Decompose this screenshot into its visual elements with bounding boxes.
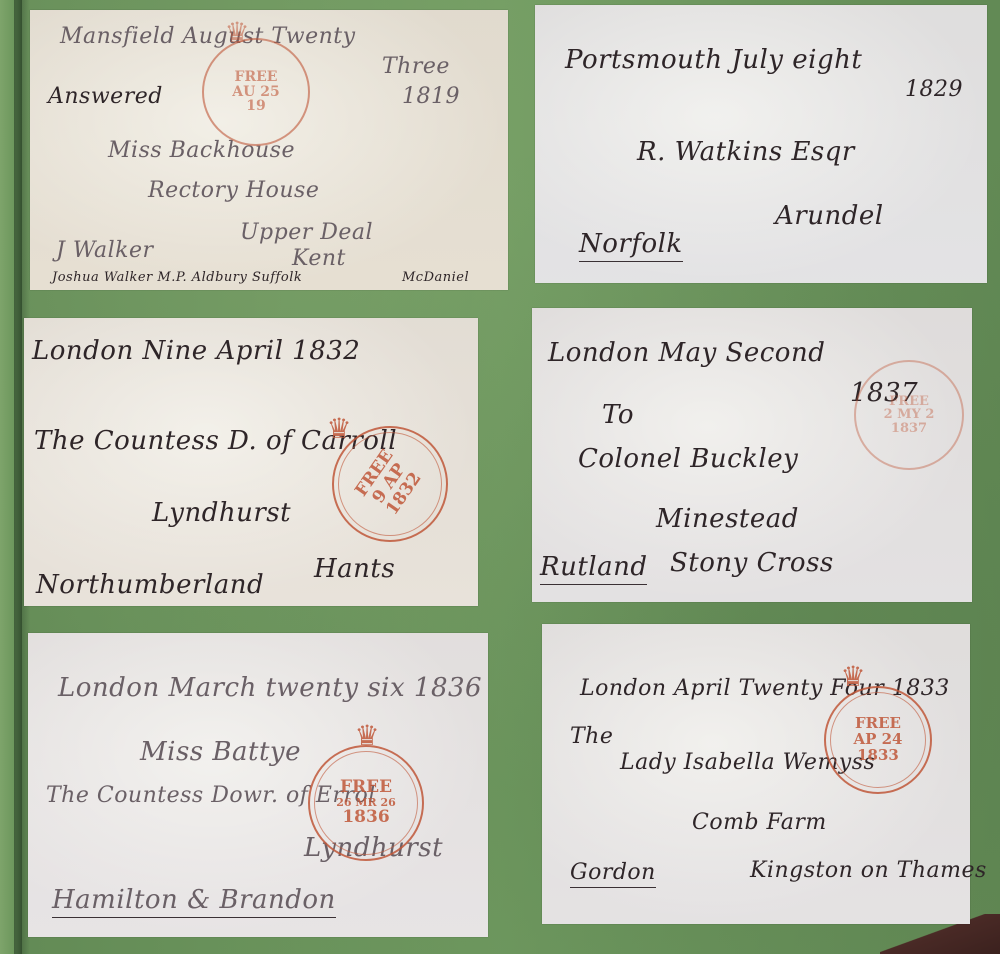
franker-signature: Hamilton & Brandon [52,885,336,918]
cover-portsmouth-1829: Portsmouth July eight 1829 R. Watkins Es… [535,5,987,283]
date-line: Mansfield August Twenty [60,24,356,49]
date-line-2: Three [382,54,450,79]
addressee: R. Watkins Esqr [637,137,855,167]
caption-right: McDaniel [402,270,469,285]
cover-london-1832: London Nine April 1832 The Countess D. o… [24,318,478,606]
address-line-2: Hants [314,554,395,584]
date-line: London May Second [548,338,825,368]
cover-london-1833: London April Twenty Four 1833 The Lady I… [542,624,970,924]
franker-signature: Gordon [570,860,656,888]
address-line-2: Upper Deal [240,220,373,245]
franker-signature: J Walker [56,238,154,263]
address-line-1: Arundel [775,201,884,231]
cover-london-1836: London March twenty six 1836 Miss Battye… [28,633,488,937]
address-line-1: Rectory House [148,178,319,203]
date-line: London Nine April 1832 [32,336,360,366]
address-line-1: Lyndhurst [152,498,291,528]
year: 1819 [402,84,460,109]
address-line-2: Stony Cross [670,548,834,578]
address-line-1: Minestead [656,504,799,534]
address-line-1: Comb Farm [692,810,827,835]
franker-signature: Northumberland [36,570,264,600]
address-line-2: Kingston on Thames [750,858,987,883]
year: 1829 [905,77,963,102]
addressee: Colonel Buckley [578,444,798,474]
addressee: Miss Battye [140,737,301,767]
free-postmark: FREE 2 MY 2 1837 [854,360,964,470]
caption: Joshua Walker M.P. Aldbury Suffolk [52,270,302,285]
salutation: The [570,724,613,749]
franker-signature: Rutland [540,552,647,585]
date-line: London March twenty six 1836 [58,673,482,703]
free-postmark: FREE AU 25 19 [202,38,310,146]
note: Answered [48,84,163,109]
free-postmark: FREE AP 24 1833 [824,686,932,794]
cover-mansfield-1819: Mansfield August Twenty Three 1819 Answe… [30,10,508,290]
salutation: To [602,400,634,430]
franker-signature: Norfolk [579,229,683,262]
cover-london-1837: London May Second 1837 To Colonel Buckle… [532,308,972,602]
free-postmark: FREE 26 MR 26 1836 [308,745,424,861]
date-line: Portsmouth July eight [565,45,862,75]
address-line-3: Kent [292,246,346,271]
